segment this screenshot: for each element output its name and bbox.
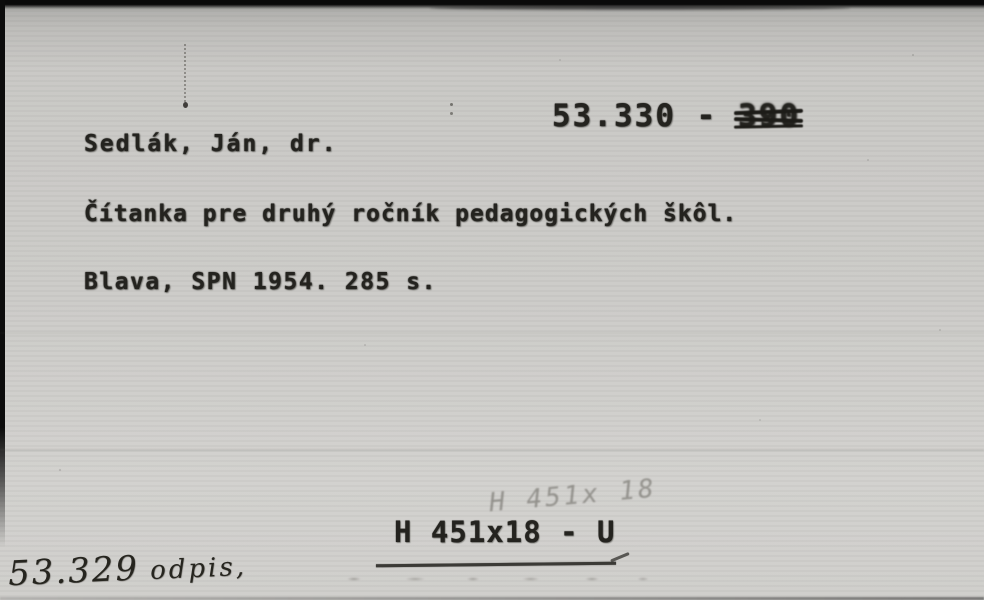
- pencil-shelfmark: H 451x 18: [488, 474, 658, 519]
- ink-bleed-marks: [320, 574, 660, 584]
- author-line: Sedlák, Ján, dr.: [84, 131, 338, 157]
- ink-speck-mark: [450, 103, 453, 106]
- title-line: Čítanka pre druhý ročník pedagogických š…: [84, 201, 737, 227]
- call-number-separator: -: [697, 98, 718, 134]
- imprint-line: Blava, SPN 1954. 285 s.: [84, 269, 437, 295]
- scan-left-edge: [0, 0, 5, 548]
- typed-shelfmark: H 451x18 - U: [394, 515, 616, 549]
- pencil-dotted-mark: [184, 44, 186, 102]
- catalog-card-scan: 53.330 - 390 Sedlák, Ján, dr. Čítanka pr…: [0, 0, 984, 600]
- scan-top-edge-wave: [430, 6, 850, 10]
- handwritten-note: 53.329 odpis,: [7, 544, 247, 594]
- struck-out-number: 390: [738, 98, 800, 134]
- call-number-line: 53.330 - 390: [552, 98, 800, 134]
- shelfmark-underline: [376, 562, 616, 568]
- paper-streak: [0, 449, 984, 451]
- handwritten-note-word: odpis,: [150, 552, 248, 586]
- handwritten-note-number: 53.329: [7, 549, 140, 595]
- call-number: 53.330: [552, 98, 676, 134]
- paper-streak: [0, 332, 984, 334]
